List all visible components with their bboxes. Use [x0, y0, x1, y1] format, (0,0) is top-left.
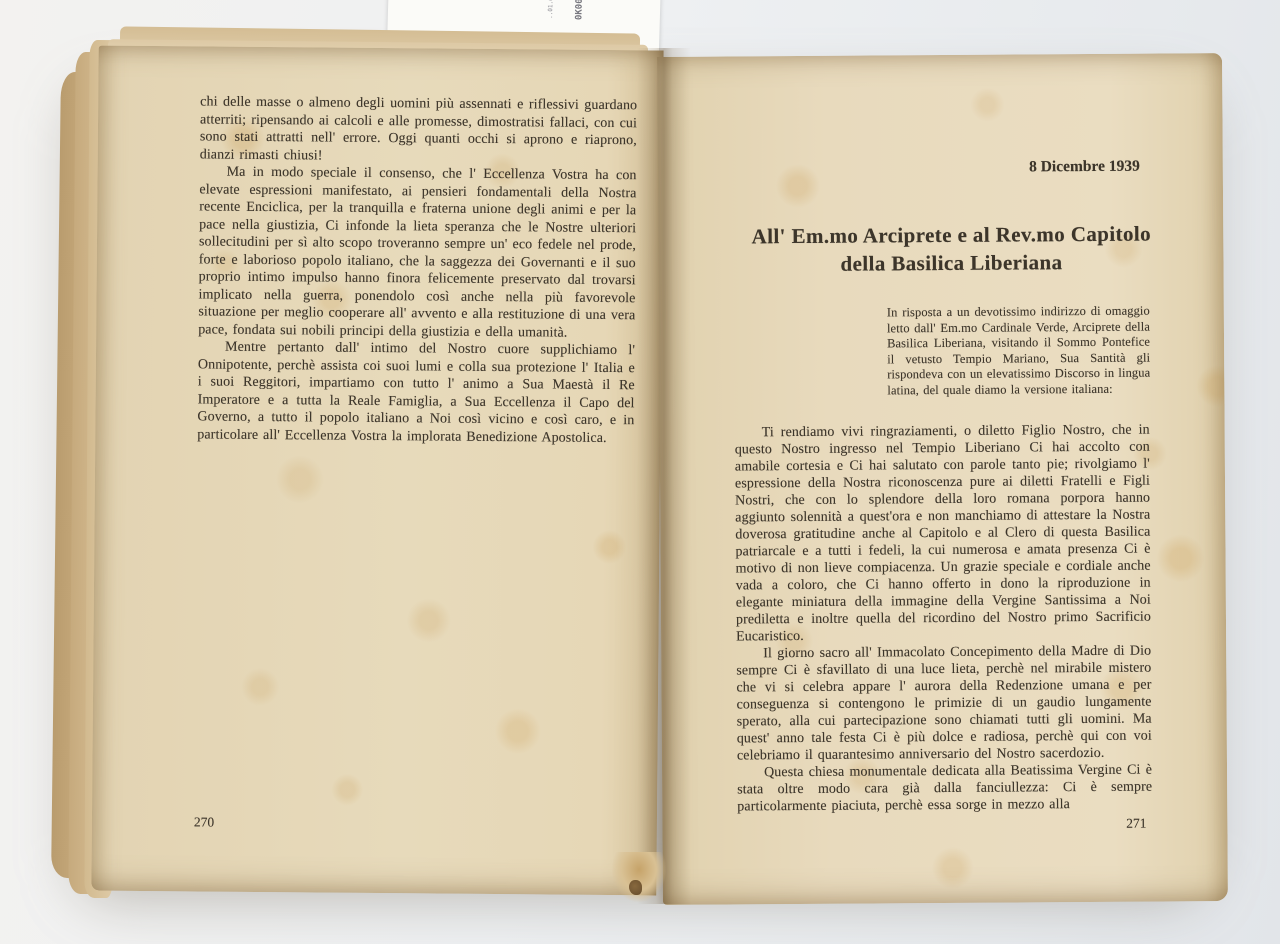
date-line: 8 Dicembre 1939: [733, 158, 1148, 179]
heading-line-2: della Basilica Liberiana: [840, 250, 1062, 276]
paragraph: Il giorno sacro all' Immacolato Concepim…: [736, 643, 1152, 765]
sticker-code-small: ..01.06: [547, 0, 555, 19]
binding-thread: [629, 880, 642, 895]
sticker-code-big: 0K000: [574, 0, 585, 20]
paragraph: Ti rendiamo vivi ringraziamenti, o dilet…: [735, 422, 1152, 646]
left-page: chi delle masse o almeno degli uomini pi…: [91, 46, 663, 896]
heading-line-1: All' Em.mo Arciprete e al Rev.mo Capitol…: [752, 222, 1152, 249]
paragraph: Mentre pertanto dall' intimo del Nostro …: [197, 338, 635, 447]
document-heading: All' Em.mo Arciprete e al Rev.mo Capitol…: [706, 219, 1196, 278]
photo-background: ..01.06 0K000 chi delle masse o almeno d…: [0, 0, 1280, 944]
page-number-left: 270: [194, 814, 214, 830]
right-page-text: Ti rendiamo vivi ringraziamenti, o dilet…: [735, 422, 1153, 816]
left-page-text: chi delle masse o almeno degli uomini pi…: [197, 93, 637, 447]
paragraph: Questa chiesa monumentale dedicata alla …: [737, 762, 1152, 816]
intro-note: In risposta a un devotissimo indirizzo d…: [887, 304, 1151, 399]
paragraph: chi delle masse o almeno degli uomini pi…: [200, 93, 638, 167]
page-number-right: 271: [737, 816, 1152, 835]
paragraph: Ma in modo speciale il consenso, che l' …: [198, 163, 637, 342]
right-page: 8 Dicembre 1939 All' Em.mo Arciprete e a…: [657, 53, 1228, 905]
